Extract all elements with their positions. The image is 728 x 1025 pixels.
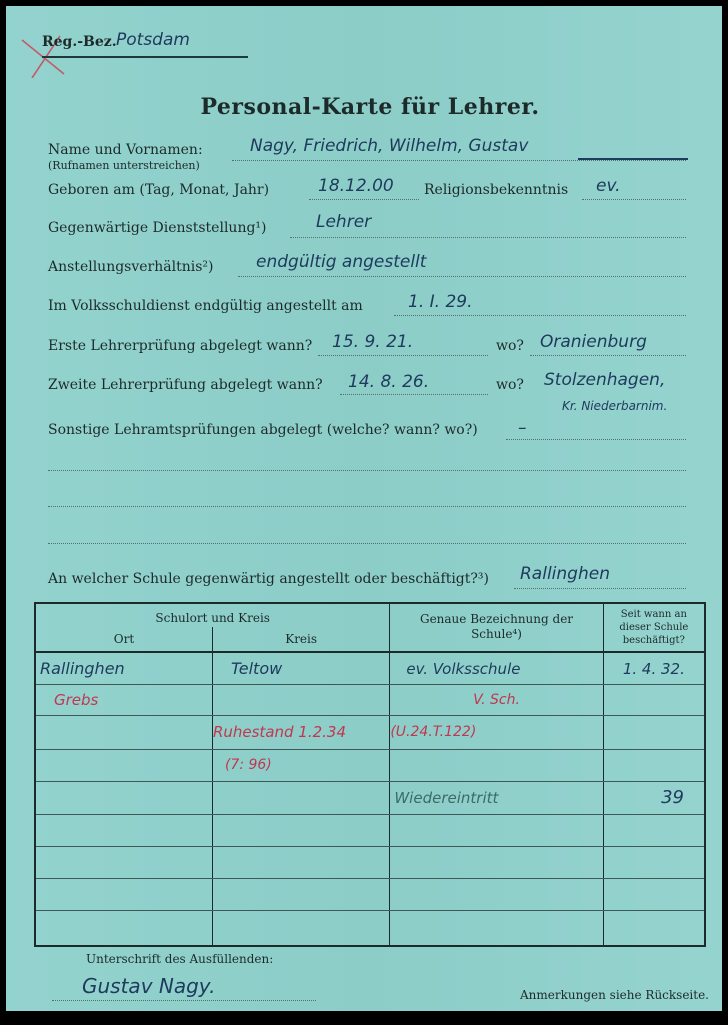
first-exam-date-dotted-line [318,355,488,356]
cell-since [603,685,705,716]
first-exam-where: Oranienburg [540,332,647,352]
page-title: Personal-Karte für Lehrer. [6,94,728,120]
cell-ort [35,878,212,910]
table-row [35,878,705,910]
employment-label: Anstellungsverhältnis²) [48,259,213,275]
employment-value: endgültig angestellt [256,252,426,272]
cell-school [390,878,603,910]
born-label: Geboren am (Tag, Monat, Jahr) [48,182,269,198]
table-row: Wiedereintritt 39 [35,781,705,814]
cell-since [603,716,705,749]
position-dotted-line [290,237,686,238]
cell-kreis: (7: 96) [212,749,389,781]
header-since: Seit wann an dieser Schule beschäftigt? [603,603,705,652]
cell-since [603,846,705,878]
table-row: Rallinghen Teltow ev. Volksschule 1. 4. … [35,652,705,685]
table-row [35,814,705,846]
reg-bez-label: Reg.-Bez. [42,34,117,50]
cell-ort [35,846,212,878]
current-school-dotted-line [514,588,686,589]
signature-label: Unterschrift des Ausfüllenden: [86,952,273,966]
table-row: (7: 96) [35,749,705,781]
second-exam-where-district: Kr. Niederbarnim. [562,399,667,413]
cell-ort [35,814,212,846]
name-dotted-line [232,160,686,161]
current-school-value: Rallinghen [520,564,610,584]
volksschul-value: 1. I. 29. [408,292,472,312]
first-exam-label: Erste Lehrerprüfung abgelegt wann? [48,338,312,354]
other-exams-dotted-line [506,439,686,440]
other-exams-value: – [518,418,527,438]
signature-value: Gustav Nagy. [82,974,215,998]
rufname-underline [578,158,688,160]
born-dotted-line [309,199,419,200]
cell-ort: Rallinghen [35,652,212,685]
cell-kreis: Ruhestand 1.2.34 [212,716,389,749]
cell-ort [35,716,212,749]
volksschul-label: Im Volksschuldienst endgültig angestellt… [48,298,363,314]
reg-bez-value: Potsdam [116,30,190,50]
cell-ort [35,781,212,814]
name-label: Name und Vornamen: [48,142,203,158]
second-exam-date-dotted-line [340,394,488,395]
cell-since [603,911,705,947]
religion-label: Religionsbekenntnis [424,182,568,198]
second-exam-where-label: wo? [496,377,524,393]
table-row [35,846,705,878]
header-schulort-kreis: Schulort und Kreis [35,603,390,627]
blank-line-3 [48,543,686,544]
position-value: Lehrer [316,212,371,232]
cell-kreis [212,814,389,846]
cell-kreis [212,781,389,814]
cell-kreis [212,911,389,947]
blank-line-1 [48,470,686,471]
cell-kreis [212,685,389,716]
header-school-name: Genaue Bezeichnung der Schule⁴) [390,603,603,652]
cell-since: 1. 4. 32. [603,652,705,685]
cell-ort [35,749,212,781]
volksschul-dotted-line [394,315,686,316]
signature-dotted-line [52,1000,316,1001]
cell-since: 39 [603,781,705,814]
position-label: Gegenwärtige Dienststellung¹) [48,220,267,236]
cell-kreis: Teltow [212,652,389,685]
header-ort: Ort [35,627,212,651]
first-exam-where-dotted-line [530,355,686,356]
cell-ort: Grebs [35,685,212,716]
cell-school [390,814,603,846]
remarks-note: Anmerkungen siehe Rückseite. [520,988,709,1002]
reg-bez-underline [42,56,248,58]
first-exam-where-label: wo? [496,338,524,354]
religion-value: ev. [596,176,621,196]
cell-school [390,911,603,947]
name-note: (Rufnamen unterstreichen) [48,159,200,172]
cell-school: Wiedereintritt [390,781,603,814]
second-exam-where: Stolzenhagen, [544,370,665,390]
cell-school: V. Sch. [390,685,603,716]
religion-dotted-line [582,199,686,200]
second-exam-label: Zweite Lehrerprüfung abgelegt wann? [48,377,323,393]
table-row [35,911,705,947]
second-exam-date: 14. 8. 26. [348,372,429,392]
cell-since [603,814,705,846]
school-history-table: Schulort und Kreis Genaue Bezeichnung de… [34,602,706,947]
other-exams-label: Sonstige Lehramtsprüfungen abgelegt (wel… [48,422,478,438]
cell-school: ev. Volksschule [390,652,603,685]
cell-school [390,846,603,878]
employment-dotted-line [238,276,686,277]
table-row: Ruhestand 1.2.34 (U.24.T.122) [35,716,705,749]
cell-kreis [212,846,389,878]
cell-school: (U.24.T.122) [390,716,603,749]
cell-school [390,749,603,781]
blank-line-2 [48,506,686,507]
cell-ort [35,911,212,947]
cell-since [603,749,705,781]
first-exam-date: 15. 9. 21. [332,332,413,352]
header-kreis: Kreis [212,627,389,651]
cell-since [603,878,705,910]
born-value: 18.12.00 [318,176,394,196]
table-row: Grebs V. Sch. [35,685,705,716]
personnel-card: Reg.-Bez. Potsdam Personal-Karte für Leh… [6,6,722,1011]
current-school-label: An welcher Schule gegenwärtig angestellt… [48,571,489,587]
name-value: Nagy, Friedrich, Wilhelm, Gustav [250,136,528,156]
cell-kreis [212,878,389,910]
